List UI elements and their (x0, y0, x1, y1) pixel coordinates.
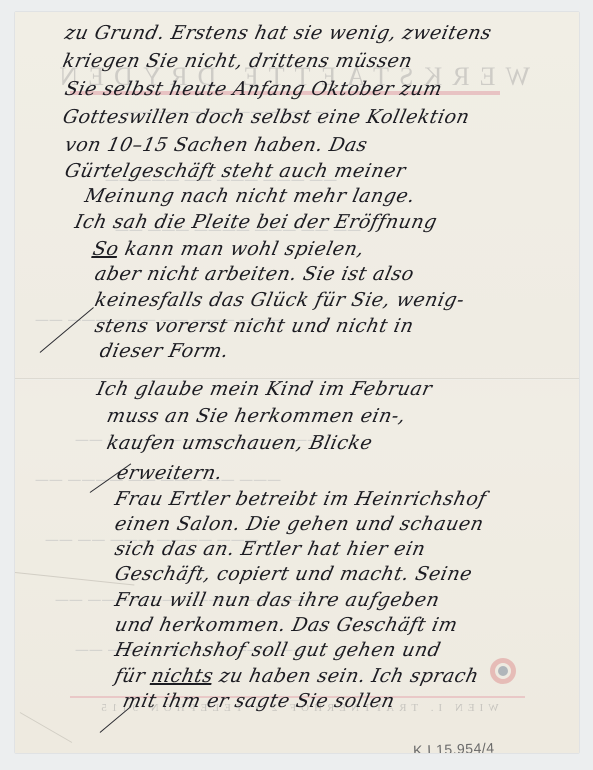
letter-line: kriegen Sie nicht, drittens müssen (61, 52, 414, 71)
letter-line: Geschäft, copiert und macht. Seine (113, 565, 474, 584)
letter-line: Sie selbst heute Anfang Oktober zum (63, 80, 444, 99)
letter-line: Heinrichshof soll gut gehen und (113, 641, 442, 660)
letter-line: Frau Ertler betreibt im Heinrichshof (113, 490, 488, 509)
letterhead-roundel-mark (490, 658, 516, 684)
letter-line: zu Grund. Erstens hat sie wenig, zweiten… (63, 24, 493, 43)
letter-line: sich das an. Ertler hat hier ein (113, 540, 427, 559)
letter-line: keinesfalls das Glück für Sie, wenig- (93, 291, 466, 310)
letter-line: Gotteswillen doch selbst eine Kollektion (61, 108, 471, 127)
letter-line: aber nicht arbeiten. Sie ist also (93, 265, 416, 284)
letter-line-underlined: So kann man wohl spielen, (91, 240, 366, 259)
letter-line: mit ihm er sagte Sie sollen (121, 692, 396, 711)
line-remainder: kann man wohl spielen, (116, 238, 366, 260)
underlined-word: nichts (149, 665, 215, 687)
archive-inventory-number: K.I 15.954/4 (413, 740, 495, 753)
letter-line: Meinung nach nicht mehr lange. (83, 187, 417, 206)
letter-line: kaufen umschauen, Blicke (105, 434, 374, 453)
letter-line: dieser Form. (98, 342, 230, 361)
letter-line: Frau will nun das ihre aufgeben (113, 591, 441, 610)
roundel-center-dot (498, 666, 508, 676)
letter-line: erweitern. (115, 464, 224, 483)
letter-line: stens vorerst nicht und nicht in (93, 317, 415, 336)
letter-line: einen Salon. Die gehen und schauen (113, 515, 485, 534)
letter-line: Ich sah die Pleite bei der Eröffnung (73, 213, 439, 232)
corner-crease (20, 712, 72, 743)
letter-line-underlined: für nichts zu haben sein. Ich sprach (113, 667, 481, 686)
letter-page: WERKSTAETTE DRYDEN WIEN I. TRATTNERHOF 2… (15, 12, 579, 753)
letter-line: und herkommen. Das Geschäft im (113, 616, 459, 635)
letter-line: muss an Sie herkommen ein-, (105, 407, 407, 426)
letter-line: Gürtelgeschäft steht auch meiner (63, 162, 407, 181)
letter-line: Ich glaube mein Kind im Februar (95, 380, 434, 399)
letter-line: von 10–15 Sachen haben. Das (63, 136, 369, 155)
line-remainder: zu haben sein. Ich sprach (211, 665, 481, 687)
line-start: für (113, 665, 154, 687)
